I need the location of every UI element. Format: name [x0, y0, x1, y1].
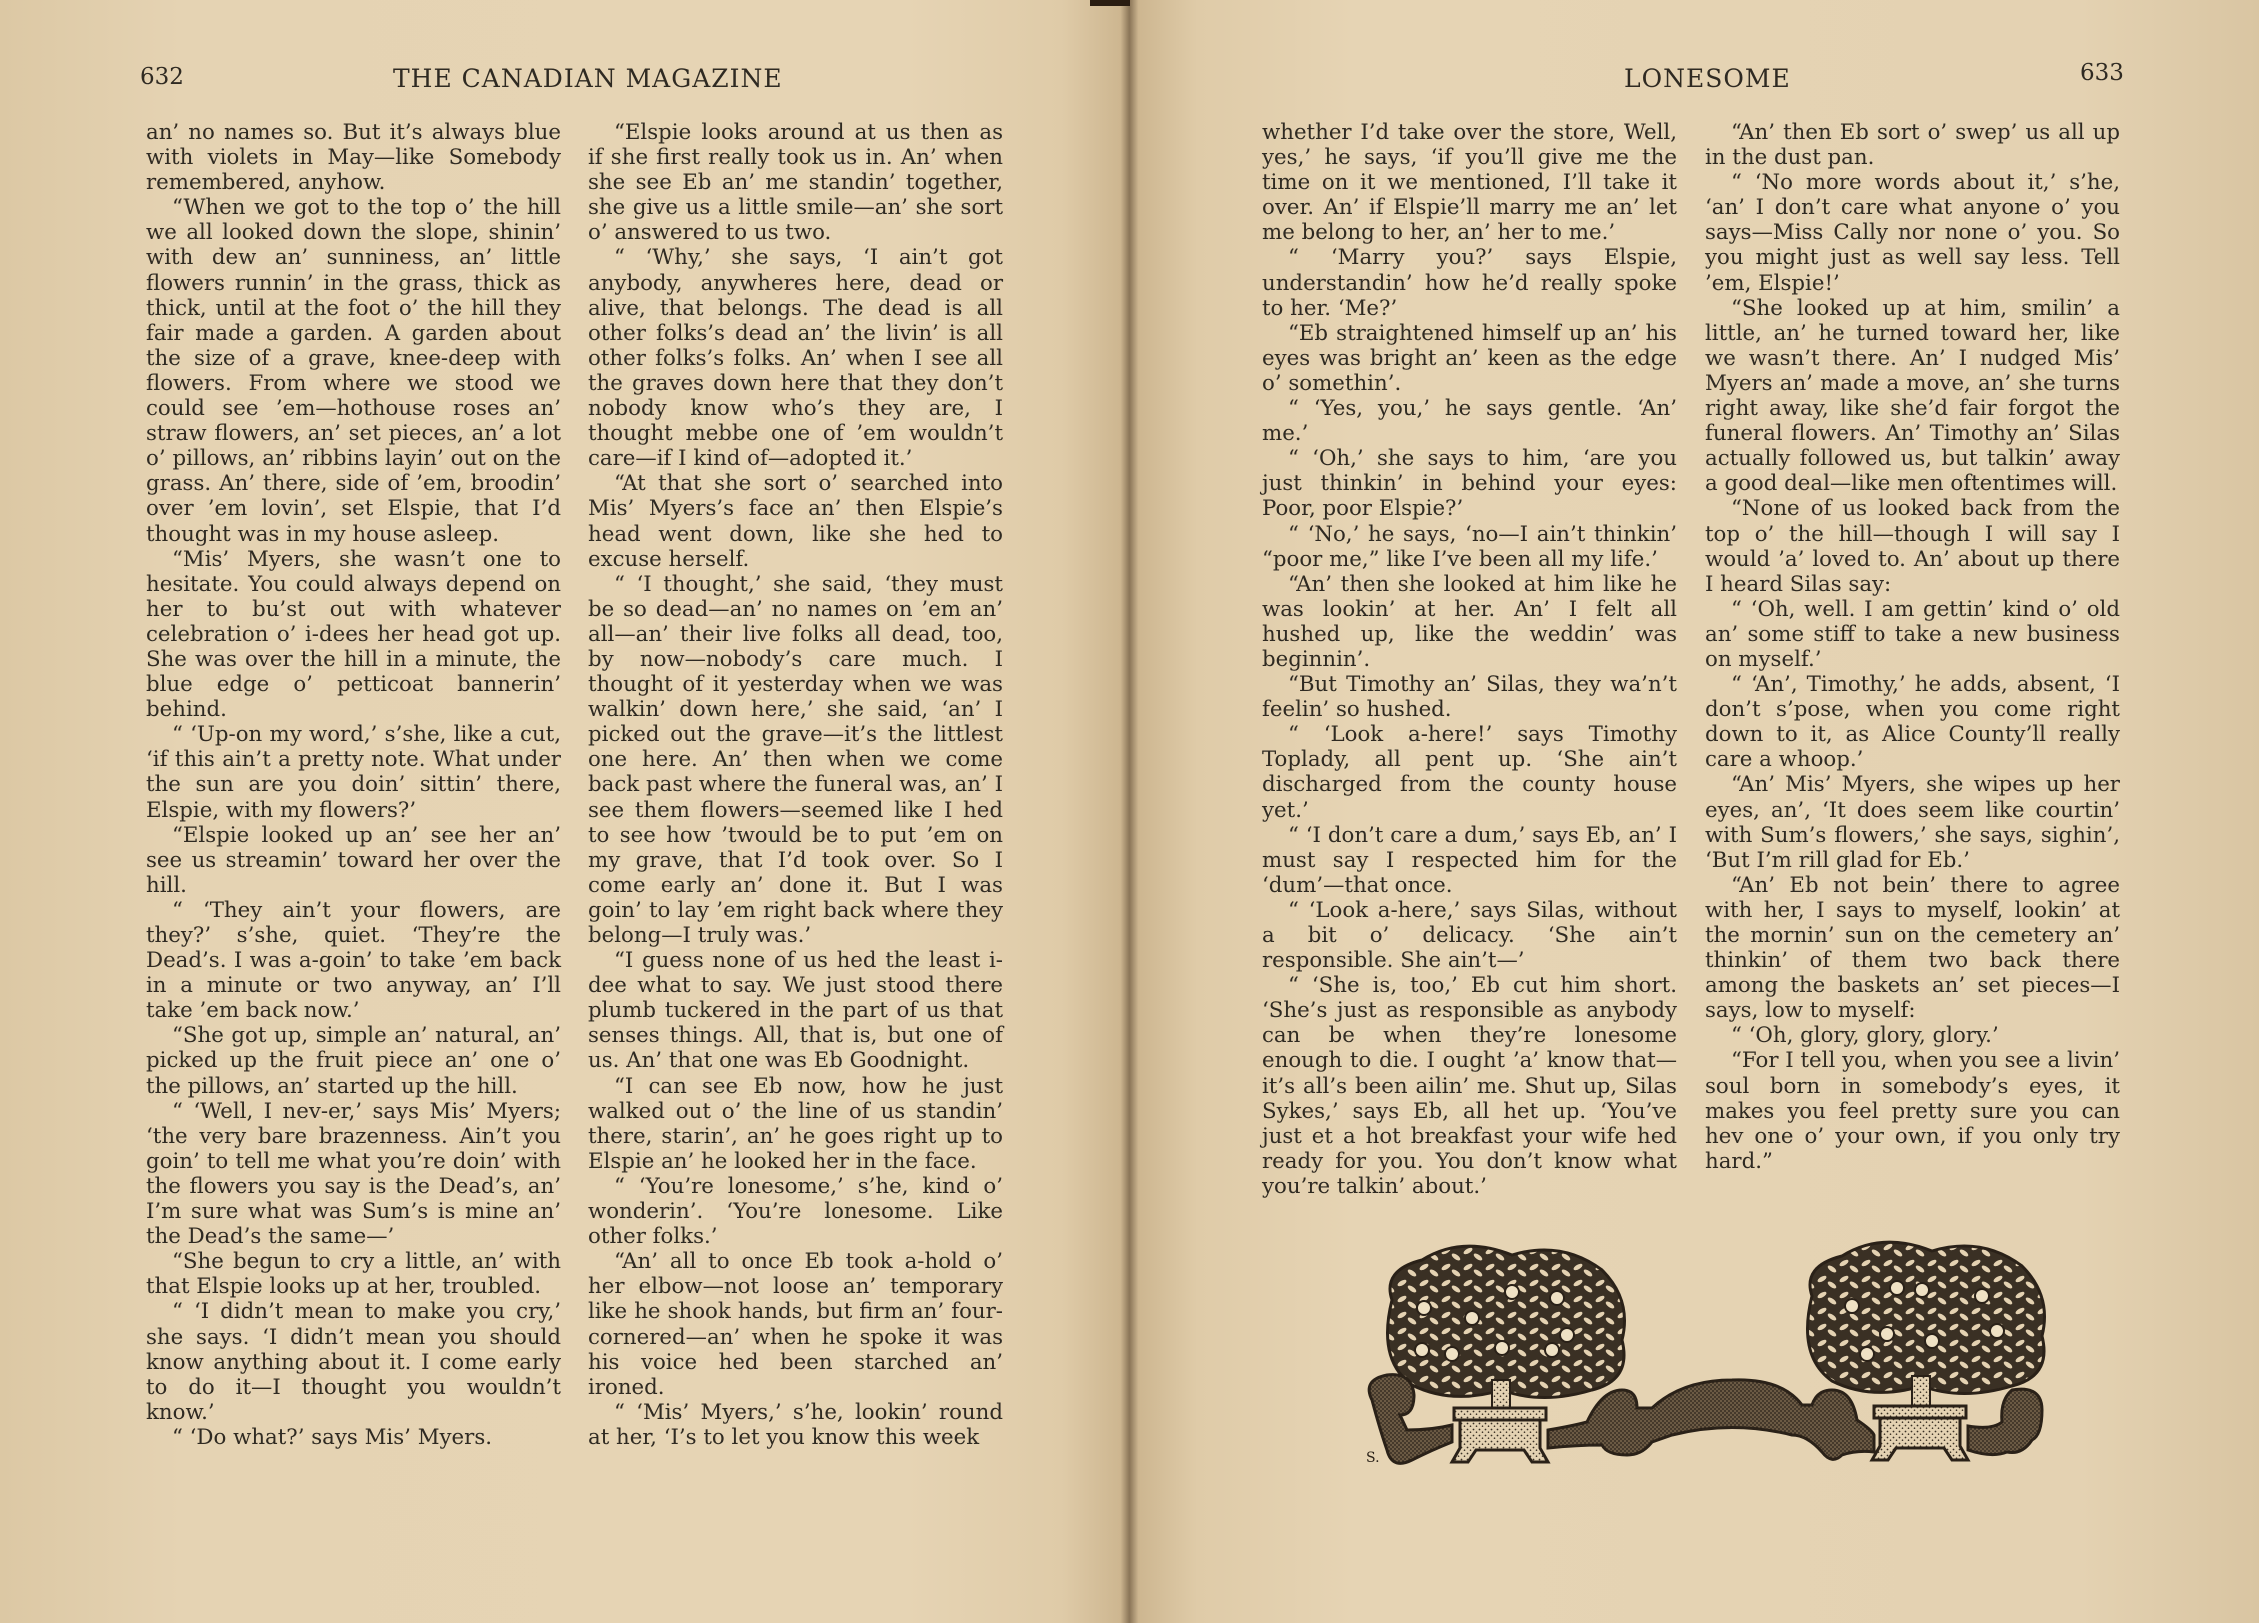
- paragraph: “ ‘Why,’ she says, ‘I ain’t got anybody,…: [588, 245, 1003, 471]
- paragraph: “ ‘Up-on my word,’ s’she, like a cut, ‘i…: [146, 722, 561, 822]
- running-head: LONESOME: [1624, 64, 1791, 93]
- paragraph: an’ no names so. But it’s always blue wi…: [146, 120, 561, 195]
- paragraph: “At that she sort o’ searched into Mis’ …: [588, 471, 1003, 571]
- paragraph: “None of us looked back from the top o’ …: [1705, 496, 2120, 596]
- paragraph: “Mis’ Myers, she wasn’t one to hesitate.…: [146, 547, 561, 723]
- paragraph: “ ‘No more words about it,’ s’he, ‘an’ I…: [1705, 170, 2120, 295]
- paragraph: “For I tell you, when you see a livin’ s…: [1705, 1048, 2120, 1173]
- page-number: 632: [140, 64, 184, 90]
- paragraph: “She got up, simple an’ natural, an’ pic…: [146, 1023, 561, 1098]
- paragraph: “She looked up at him, smilin’ a little,…: [1705, 296, 2120, 497]
- paragraph: “I can see Eb now, how he just walked ou…: [588, 1074, 1003, 1174]
- left-page: 632 THE CANADIAN MAGAZINE an’ no names s…: [0, 0, 1128, 1623]
- paragraph: “ ‘Oh, well. I am gettin’ kind o’ old an…: [1705, 597, 2120, 672]
- running-head: THE CANADIAN MAGAZINE: [393, 64, 783, 93]
- paragraph: “An’ then Eb sort o’ swep’ us all up in …: [1705, 120, 2120, 170]
- paragraph: “ ‘I don’t care a dum,’ says Eb, an’ I m…: [1262, 823, 1677, 898]
- text-column: an’ no names so. But it’s always blue wi…: [146, 120, 561, 1450]
- paragraph: “ ‘An’, Timothy,’ he adds, absent, ‘I do…: [1705, 672, 2120, 772]
- paragraph: “ ‘She is, too,’ Eb cut him short. ‘She’…: [1262, 973, 1677, 1199]
- paragraph: “ ‘No,’ he says, ‘no—I ain’t thinkin’ “p…: [1262, 522, 1677, 572]
- paragraph: “ ‘Oh,’ she says to him, ‘are you just t…: [1262, 446, 1677, 521]
- paragraph: “ ‘Look a-here!’ says Timothy Toplady, a…: [1262, 722, 1677, 822]
- paragraph: “ ‘You’re lonesome,’ s’he, kind o’ wonde…: [588, 1174, 1003, 1249]
- paragraph: whether I’d take over the store, Well, y…: [1262, 120, 1677, 245]
- artist-signature: S.: [1366, 1450, 1380, 1466]
- page-number: 633: [2080, 60, 2124, 86]
- paragraph: “When we got to the top o’ the hill we a…: [146, 195, 561, 546]
- text-column: “An’ then Eb sort o’ swep’ us all up in …: [1705, 120, 2120, 1174]
- paragraph: “ ‘Yes, you,’ he says gentle. ‘An’ me.’: [1262, 396, 1677, 446]
- paragraph: “An’ all to once Eb took a-hold o’ her e…: [588, 1249, 1003, 1400]
- paragraph: “Elspie looked up an’ see her an’ see us…: [146, 823, 561, 898]
- paragraph: “ ‘Mis’ Myers,’ s’he, lookin’ round at h…: [588, 1400, 1003, 1450]
- paragraph: “Eb straightened himself up an’ his eyes…: [1262, 321, 1677, 396]
- paragraph: “ ‘Marry you?’ says Elspie, understandin…: [1262, 245, 1677, 320]
- magazine-spread: 632 THE CANADIAN MAGAZINE an’ no names s…: [0, 0, 2259, 1623]
- paragraph: “ ‘Look a-here,’ says Silas, without a b…: [1262, 898, 1677, 973]
- paragraph: “An’ then she looked at him like he was …: [1262, 572, 1677, 672]
- paragraph: “ ‘I didn’t mean to make you cry,’ she s…: [146, 1299, 561, 1424]
- paragraph: “An’ Eb not bein’ there to agree with he…: [1705, 873, 2120, 1024]
- tailpiece-illustration: S.: [1352, 1230, 2052, 1480]
- text-column: “Elspie looks around at us then as if sh…: [588, 120, 1003, 1450]
- paragraph: “ ‘Oh, glory, glory, glory.’: [1705, 1023, 2120, 1048]
- paragraph: “Elspie looks around at us then as if sh…: [588, 120, 1003, 245]
- paragraph: “An’ Mis’ Myers, she wipes up her eyes, …: [1705, 772, 2120, 872]
- paragraph: “ ‘They ain’t your flowers, are they?’ s…: [146, 898, 561, 1023]
- right-page: LONESOME 633 whether I’d take over the s…: [1132, 0, 2259, 1623]
- paragraph: “She begun to cry a little, an’ with tha…: [146, 1249, 561, 1299]
- paragraph: “But Timothy an’ Silas, they wa’n’t feel…: [1262, 672, 1677, 722]
- paragraph: “I guess none of us hed the least i-dee …: [588, 948, 1003, 1073]
- paragraph: “ ‘Do what?’ says Mis’ Myers.: [146, 1425, 561, 1450]
- paragraph: “ ‘Well, I nev-er,’ says Mis’ Myers; ‘th…: [146, 1099, 561, 1250]
- paragraph: “ ‘I thought,’ she said, ‘they must be s…: [588, 572, 1003, 948]
- text-column: whether I’d take over the store, Well, y…: [1262, 120, 1677, 1199]
